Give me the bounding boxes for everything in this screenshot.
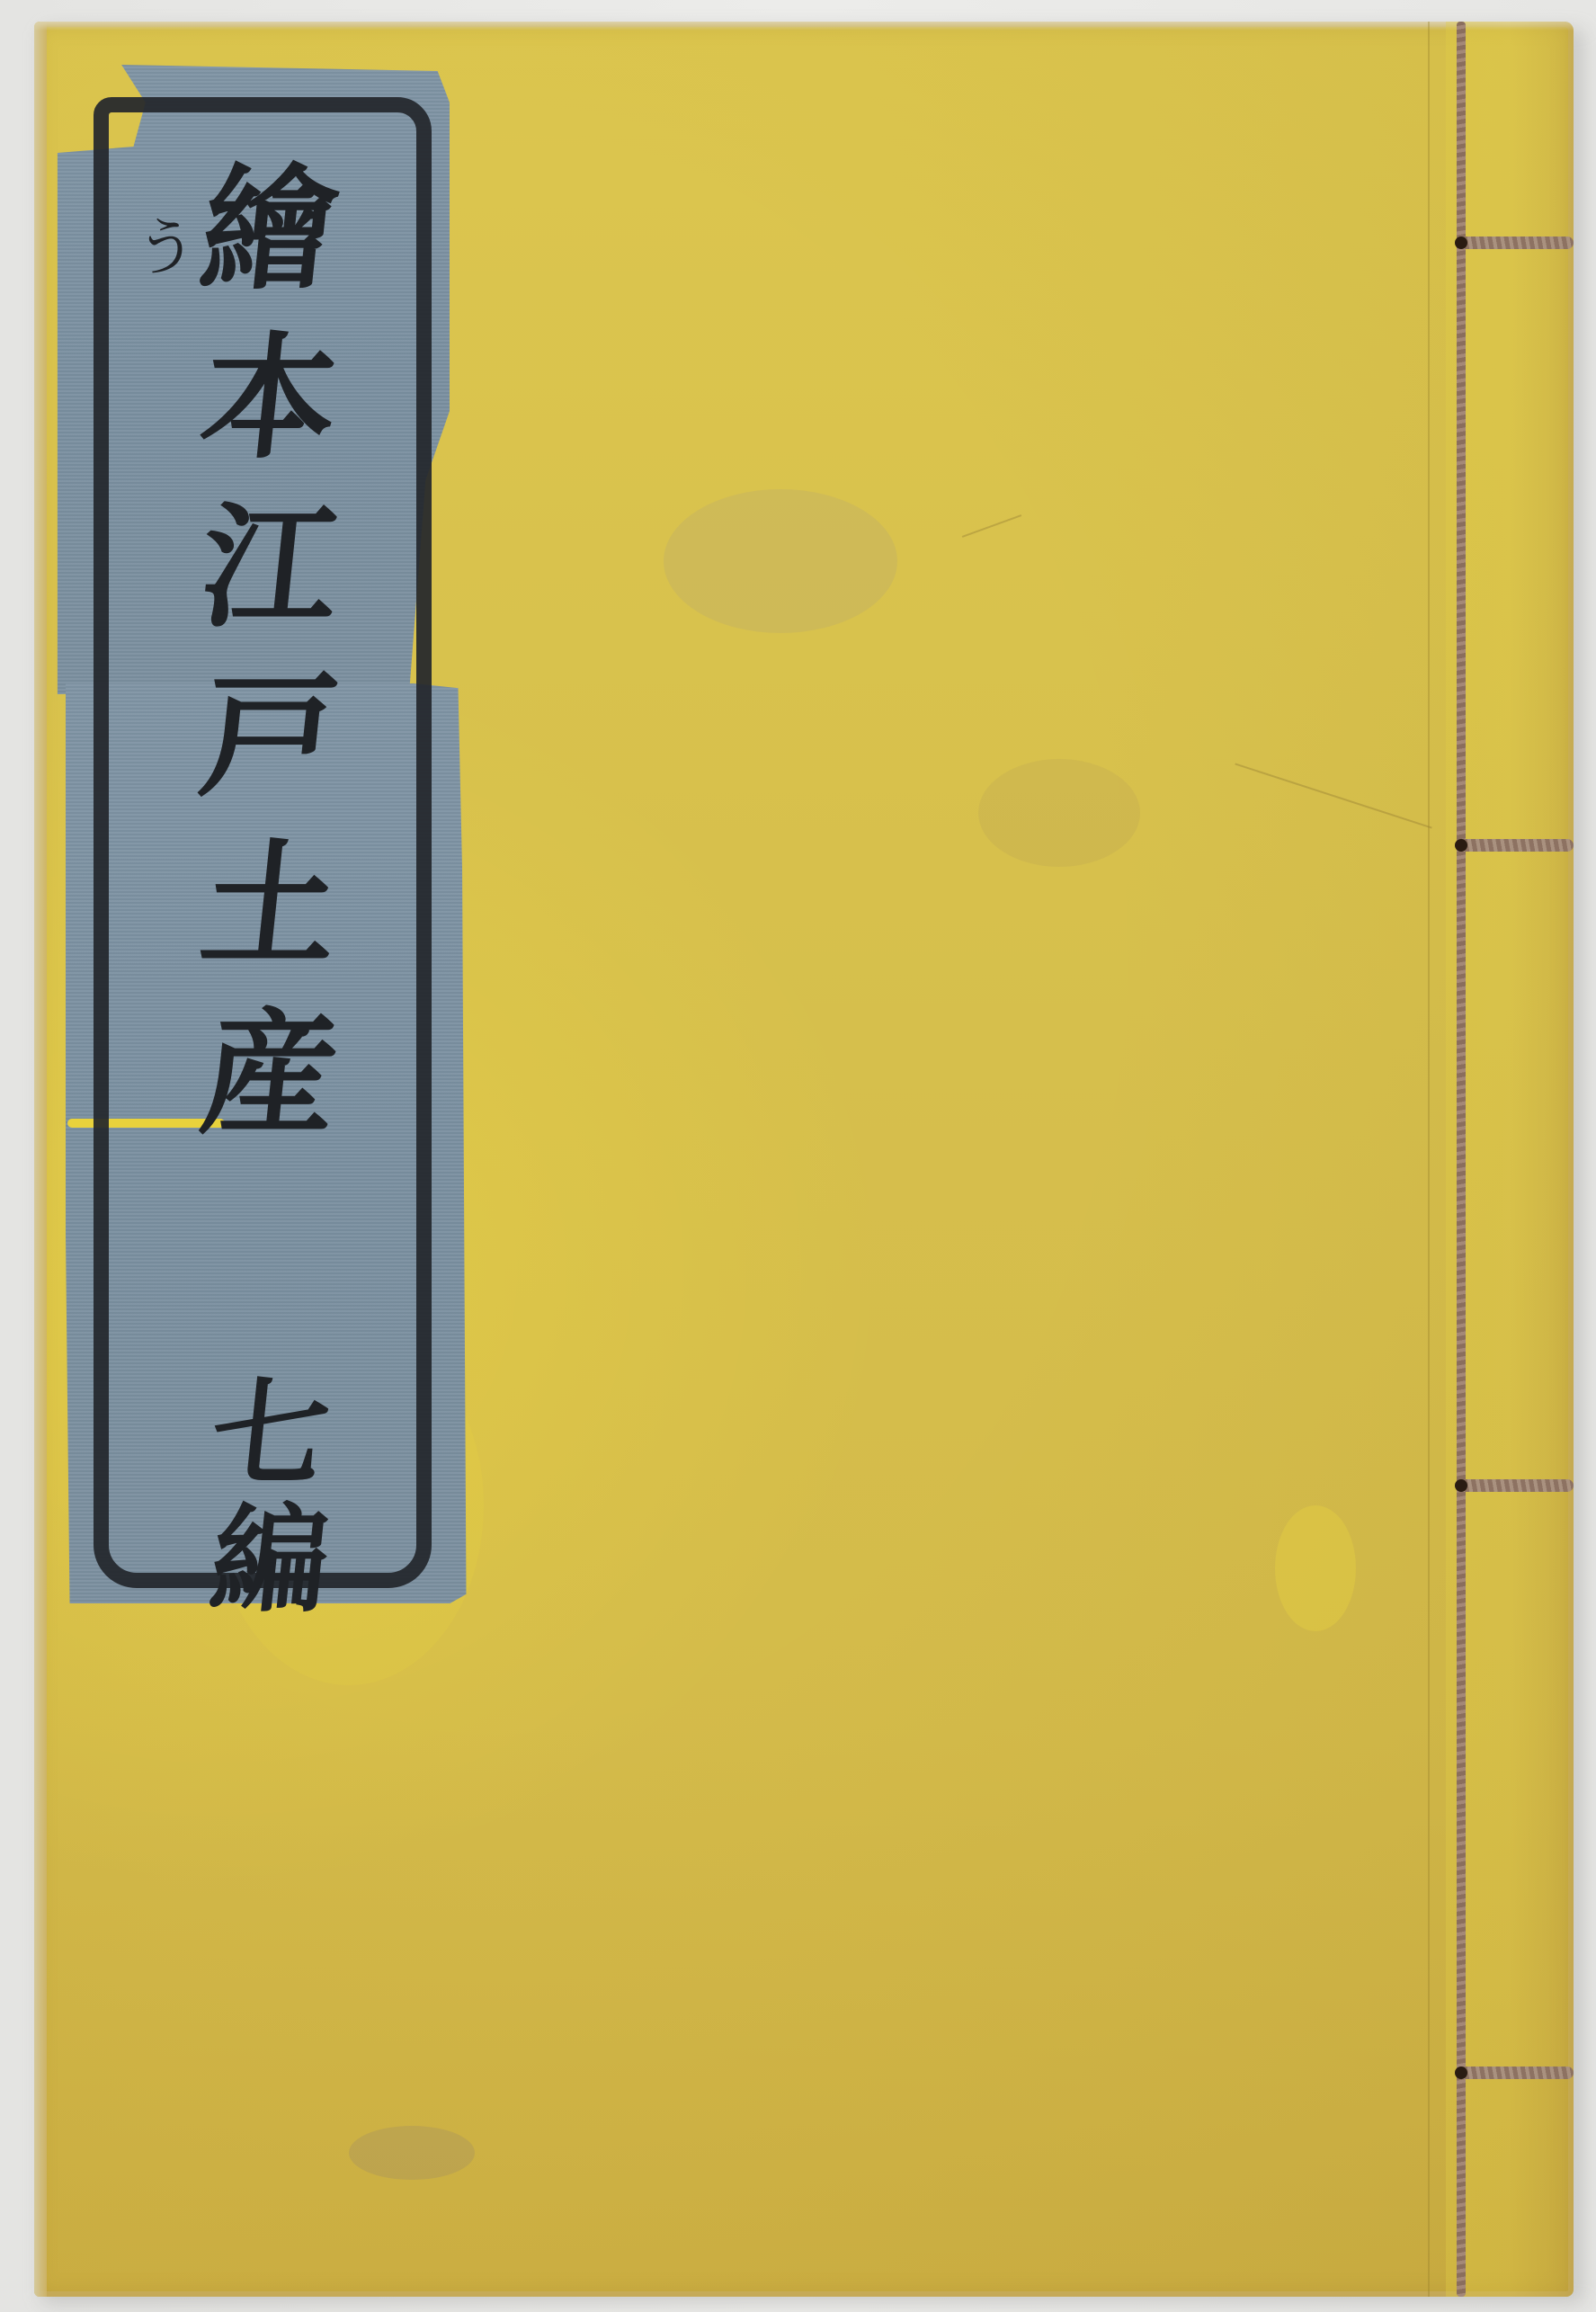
- stitch-hole: [1455, 2067, 1467, 2079]
- cover-top-edge: [34, 22, 1574, 31]
- title-char: 繪: [173, 162, 367, 297]
- stitch-hole: [1455, 839, 1467, 852]
- title-char: 産: [173, 1007, 367, 1142]
- book-title: 繪 本 江 戸 土 産: [166, 162, 373, 1142]
- cover-left-edge: [34, 22, 47, 2297]
- binding-stitch: [1457, 839, 1574, 852]
- binding-thread: [1457, 22, 1466, 2297]
- title-char: 土: [173, 838, 367, 973]
- stain: [1275, 1505, 1356, 1631]
- stitch-hole: [1455, 1479, 1467, 1492]
- stain: [349, 2126, 475, 2180]
- crease: [962, 514, 1021, 538]
- stain: [664, 489, 897, 633]
- volume-char: 七: [174, 1376, 367, 1502]
- stitch-hole: [1455, 237, 1467, 249]
- binding-stitch: [1457, 2067, 1574, 2079]
- volume-char: 編: [174, 1502, 367, 1628]
- spine-fold: [1428, 22, 1430, 2297]
- volume-number: 七 編: [166, 1376, 373, 1628]
- title-char: 江: [173, 500, 367, 635]
- stain: [978, 759, 1140, 867]
- title-char: 本: [173, 331, 367, 466]
- binding-stitch: [1457, 237, 1574, 249]
- crease: [1235, 763, 1431, 829]
- title-char: 戸: [173, 669, 367, 804]
- binding-stitch: [1457, 1479, 1574, 1492]
